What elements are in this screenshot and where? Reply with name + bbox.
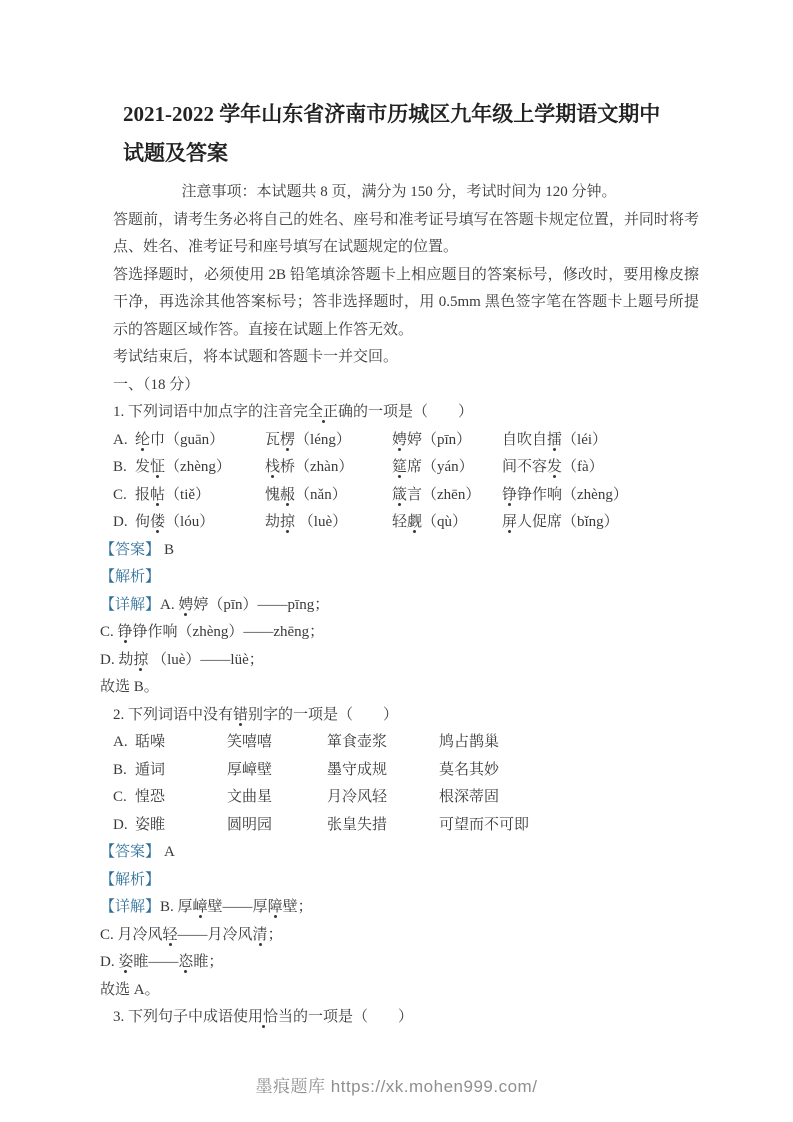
option-cell: 自吹自擂（léi）: [502, 427, 698, 455]
option-cell: 箴言（zhēn）: [392, 482, 502, 510]
question-1-detail-line: C. 铮铮作响（zhèng）——zhēng；: [100, 619, 698, 647]
option-label: B.: [113, 757, 135, 785]
detail-text: B. 厚嶂壁——厚障壁；: [160, 899, 313, 915]
option-cell: 铮铮作响（zhèng）: [502, 482, 698, 510]
question-1-detail-line: D. 劫掠 （luè）——lüè；: [100, 647, 698, 675]
emphasized-char: 娉: [178, 597, 193, 613]
page-title-line-2: 试题及答案: [123, 134, 698, 173]
option-cell: 鸠占鹊巢: [439, 729, 698, 757]
page-title: 2021-2022 学年山东省济南市历城区九年级上学期语文期中 试题及答案: [123, 95, 698, 173]
option-cell: 发怔（zhèng）: [135, 454, 265, 482]
option-label: A.: [113, 729, 135, 757]
analysis-marker: 【解析】: [100, 872, 160, 888]
question-1-conclusion-line: 故选 B。: [100, 674, 698, 702]
option-label: D.: [113, 509, 135, 537]
emphasized-char: 恣: [178, 954, 193, 970]
question-2-options: A. 聒噪 笑嘻嘻 箪食壶浆 鸠占鹊巢 B. 遁词 厚嶂壁 墨守成规 莫名其妙 …: [113, 729, 698, 839]
option-cell: 莫名其妙: [439, 757, 698, 785]
option-cell: 筵席（yán）: [392, 454, 502, 482]
question-2-stem: 2. 下列词语中没有错别字的一项是（ ）: [113, 702, 698, 730]
exam-notice-line: 注意事项：本试题共 8 页，满分为 150 分，考试时间为 120 分钟。: [100, 179, 698, 207]
instructions-paragraph-2: 答选择题时，必须使用 2B 铅笔填涂答题卡上相应题目的答案标号，修改时，要用橡皮…: [113, 262, 699, 345]
option-cell: 聒噪: [135, 729, 227, 757]
detail-marker: 【详解】: [100, 597, 160, 613]
option-label: B.: [113, 454, 135, 482]
watermark-footer: 墨痕题库 https://xk.mohen999.com/: [0, 1072, 793, 1097]
emphasized-char: 赧: [280, 487, 295, 503]
emphasized-char: 纶: [135, 432, 150, 448]
option-cell: 娉婷（pīn）: [392, 427, 502, 455]
emphasized-char: 栈: [265, 459, 280, 475]
option-cell: 根深蒂固: [439, 784, 698, 812]
detail-text: A. 娉婷（pīn）——pīng；: [160, 597, 329, 613]
emphasized-char: 完全正确: [293, 404, 353, 420]
detail-text: C. 月冷风轻——月冷风清；: [100, 927, 283, 943]
question-2-detail-line: D. 姿睢——恣睢；: [100, 949, 698, 977]
option-cell: 张皇失措: [327, 812, 439, 840]
emphasized-char: 箴: [392, 487, 407, 503]
option-cell: 栈桥（zhàn）: [265, 454, 392, 482]
emphasized-char: 姿: [118, 954, 133, 970]
question-2-detail-line: 【详解】B. 厚嶂壁——厚障壁；: [100, 894, 698, 922]
detail-text: C. 铮铮作响（zhèng）——zhēng；: [100, 624, 324, 640]
question-1-answer-line: 【答案】B: [100, 537, 698, 565]
emphasized-char: 铮: [118, 624, 133, 640]
option-label: A.: [113, 427, 135, 455]
option-cell: 间不容发（fà）: [502, 454, 698, 482]
answer-value: B: [164, 542, 174, 558]
emphasized-char: 楞: [280, 432, 295, 448]
option-cell: 轻觑（qù）: [392, 509, 502, 537]
option-cell: 墨守成规: [327, 757, 439, 785]
emphasized-char: 掠: [280, 514, 295, 530]
emphasized-char: 使用恰当: [233, 1009, 293, 1025]
option-cell: 纶巾（guān）: [135, 427, 265, 455]
emphasized-char: 发: [547, 459, 562, 475]
option-cell: 佝偻（lóu）: [135, 509, 265, 537]
emphasized-char: 屏: [502, 514, 517, 530]
option-cell: 月冷风轻: [327, 784, 439, 812]
question-3-stem: 3. 下列句子中成语使用恰当的一项是（ ）: [113, 1004, 698, 1032]
emphasized-char: 擂: [547, 432, 562, 448]
emphasized-char: 娉: [392, 432, 407, 448]
emphasized-char: 觑: [407, 514, 422, 530]
question-2-answer-line: 【答案】A: [100, 839, 698, 867]
emphasized-char: 帖: [150, 487, 165, 503]
page-title-line-1: 2021-2022 学年山东省济南市历城区九年级上学期语文期中: [123, 95, 698, 134]
answer-marker: 【答案】: [100, 844, 160, 860]
emphasized-char: 清: [253, 927, 268, 943]
option-cell: 厚嶂壁: [227, 757, 327, 785]
emphasized-char: 障: [268, 899, 283, 915]
detail-marker: 【详解】: [100, 899, 160, 915]
option-cell: 笑嘻嘻: [227, 729, 327, 757]
emphasized-char: 铮: [502, 487, 517, 503]
emphasized-char: 筵: [392, 459, 407, 475]
emphasized-char: 没有错别字: [203, 707, 278, 723]
option-cell: 惶恐: [135, 784, 227, 812]
emphasized-char: 偻: [150, 514, 165, 530]
emphasized-char: 掠: [133, 652, 148, 668]
option-cell: 劫掠 （luè）: [265, 509, 392, 537]
option-label: C.: [113, 482, 135, 510]
question-2-detail-line: C. 月冷风轻——月冷风清；: [100, 922, 698, 950]
question-1-stem: 1. 下列词语中加点字的注音完全正确的一项是（ ）: [113, 399, 698, 427]
emphasized-char: 怔: [150, 459, 165, 475]
exam-document-page: 2021-2022 学年山东省济南市历城区九年级上学期语文期中 试题及答案 注意…: [0, 0, 793, 1122]
detail-text: D. 姿睢——恣睢；: [100, 954, 223, 970]
option-cell: 瓦楞（léng）: [265, 427, 392, 455]
option-label: D.: [113, 812, 135, 840]
question-1-options: A. 纶巾（guān） 瓦楞（léng） 娉婷（pīn） 自吹自擂（léi） B…: [113, 427, 698, 537]
instructions-paragraph-3: 考试结束后，将本试题和答题卡一并交回。: [113, 344, 699, 372]
question-2-conclusion-line: 故选 A。: [100, 977, 698, 1005]
detail-text: D. 劫掠 （luè）——lüè；: [100, 652, 264, 668]
answer-value: A: [164, 844, 175, 860]
option-cell: 箪食壶浆: [327, 729, 439, 757]
analysis-marker: 【解析】: [100, 569, 160, 585]
answer-marker: 【答案】: [100, 542, 160, 558]
option-cell: 文曲星: [227, 784, 327, 812]
option-cell: 屏人促席（bǐng）: [502, 509, 698, 537]
option-cell: 报帖（tiě）: [135, 482, 265, 510]
option-cell: 遁词: [135, 757, 227, 785]
option-label: C.: [113, 784, 135, 812]
question-2-analysis-line: 【解析】: [100, 867, 698, 895]
section-heading: 一、（18 分）: [113, 372, 698, 400]
instructions-paragraph-1: 答题前，请考生务必将自己的姓名、座号和准考证号填写在答题卡规定位置，并同时将考点…: [113, 207, 699, 262]
detail-text: 故选 A。: [100, 982, 160, 998]
option-cell: 愧赧（nǎn）: [265, 482, 392, 510]
emphasized-char: 轻: [163, 927, 178, 943]
option-cell: 可望而不可即: [439, 812, 698, 840]
question-1-analysis-line: 【解析】: [100, 564, 698, 592]
option-cell: 姿睢: [135, 812, 227, 840]
detail-text: 故选 B。: [100, 679, 159, 695]
option-cell: 圆明园: [227, 812, 327, 840]
emphasized-char: 嶂: [193, 899, 208, 915]
question-1-detail-line: 【详解】A. 娉婷（pīn）——pīng；: [100, 592, 698, 620]
